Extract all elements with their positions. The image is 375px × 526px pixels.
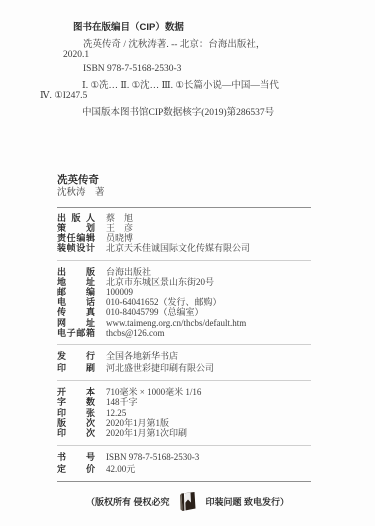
row-value: 148千字 [106,397,317,407]
copyright-notice-left: （版权所有 侵权必究 [86,495,170,508]
info-row-printer: 印刷 河北盛世彩捷印刷有限公司 [57,362,317,374]
publisher-section: 出版 台海出版社 地址 北京市东城区景山东街20号 邮编 100009 电话 0… [57,261,317,344]
row-value: 42.00元 [106,463,317,475]
row-label: 出版 [57,267,95,277]
info-row-planner: 策划 王 彦 [57,224,317,234]
distribution-section: 发行 全国各地新华书店 印刷 河北盛世彩捷印刷有限公司 [57,345,317,380]
row-label: 电话 [57,297,95,307]
cip-block: 图书在版编目（CIP）数据 冼英传奇 / 沈秋涛著. -- 北京：台海出版社， … [40,22,347,118]
copyright-page: 图书在版编目（CIP）数据 冼英传奇 / 沈秋涛著. -- 北京：台海出版社， … [0,0,375,526]
anti-piracy-book-logo [179,491,197,512]
info-row-postcode: 邮编 100009 [57,287,317,297]
row-value: 710毫米 × 1000毫米 1/16 [106,387,317,397]
row-value: 010-84045799（总编室） [106,307,317,317]
row-value: 2020年1月第1次印刷 [106,428,317,438]
row-value: 010-64041652（发行、邮购） [106,297,317,307]
row-value: 王 彦 [106,224,317,234]
info-row-distribution: 发行 全国各地新华书店 [57,350,317,362]
info-row-phone: 电话 010-64041652（发行、邮购） [57,297,317,307]
divider-footer [57,481,311,482]
copyright-notice-right: 印装问题 致电发行） [206,495,290,508]
row-value: 北京市东城区景山东街20号 [106,277,317,287]
copyright-notice: （版权所有 侵权必究 印装问题 致电发行） [0,491,375,512]
info-row-fax: 传真 010-84045799（总编室） [57,307,317,317]
staff-section: 出版人 蔡 旭 策划 王 彦 责任编辑 员晓博 装帧设计 北京天禾佳诚国际文化传… [57,208,317,260]
row-label: 电子邮箱 [57,328,95,338]
cip-header: 图书在版编目（CIP）数据 [73,22,347,33]
book-author: 沈秋涛 著 [57,187,375,199]
row-label: 印张 [57,408,95,418]
info-row-email: 电子邮箱 thcbs@126.com [57,328,317,338]
info-row-price: 定价 42.00元 [57,463,317,475]
info-row-publisher: 出版 台海出版社 [57,267,317,277]
info-row-trim-size: 开本 710毫米 × 1000毫米 1/16 [57,387,317,397]
row-value: 2020年1月第1版 [106,418,317,428]
isbn-price-section: 书号 ISBN 978-7-5168-2530-3 定价 42.00元 [57,446,317,481]
cip-record-number: 中国版本图书馆CIP数据核字(2019)第286537号 [82,108,347,118]
row-label: 定价 [57,463,95,475]
row-label: 书号 [57,451,95,463]
row-label: 印刷 [57,362,95,374]
row-label: 印次 [57,428,95,438]
info-row-publisher-person: 出版人 蔡 旭 [57,214,317,224]
info-row-sheets: 印张 12.25 [57,408,317,418]
row-value: 蔡 旭 [106,214,317,224]
cip-isbn-line: ISBN 978-7-5168-2530-3 [83,64,347,74]
info-row-website: 网址 www.taimeng.org.cn/thcbs/default.htm [57,318,317,328]
row-value: www.taimeng.org.cn/thcbs/default.htm [106,318,317,328]
cip-bib-line-2: 2020.1 [63,50,347,60]
row-value: 台海出版社 [106,267,317,277]
cip-bib-line-1: 冼英传奇 / 沈秋涛著. -- 北京：台海出版社， [83,40,347,50]
row-label: 地址 [57,277,95,287]
book-title: 冼英传奇 [57,174,375,187]
title-block: 冼英传奇 沈秋涛 著 [57,174,375,199]
cip-class-line-2: Ⅳ. ①I247.5 [40,91,347,101]
row-value: thcbs@126.com [106,328,317,338]
info-row-isbn: 书号 ISBN 978-7-5168-2530-3 [57,451,317,463]
row-label: 字数 [57,397,95,407]
row-label: 发行 [57,350,95,362]
row-value: 12.25 [106,408,317,418]
row-value: 河北盛世彩捷印刷有限公司 [106,362,317,374]
row-value: 100009 [106,287,317,297]
row-label: 网址 [57,318,95,328]
cip-class-line-1: Ⅰ. ①冼… Ⅱ. ①沈… Ⅲ. ①长篇小说—中国—当代 [82,81,347,91]
info-row-edition: 版次 2020年1月第1版 [57,418,317,428]
row-value: 全国各地新华书店 [106,350,317,362]
info-row-impression: 印次 2020年1月第1次印刷 [57,428,317,438]
info-row-address: 地址 北京市东城区景山东街20号 [57,277,317,287]
info-row-designer: 装帧设计 北京天禾佳诚国际文化传媒有限公司 [57,244,317,254]
format-section: 开本 710毫米 × 1000毫米 1/16 字数 148千字 印张 12.25… [57,381,317,445]
row-label: 装帧设计 [57,244,95,254]
row-label: 邮编 [57,287,95,297]
info-row-word-count: 字数 148千字 [57,397,317,407]
row-value: 北京天禾佳诚国际文化传媒有限公司 [106,244,317,254]
row-label: 开本 [57,387,95,397]
row-value: ISBN 978-7-5168-2530-3 [106,451,317,463]
row-label: 传真 [57,307,95,317]
row-label: 版次 [57,418,95,428]
